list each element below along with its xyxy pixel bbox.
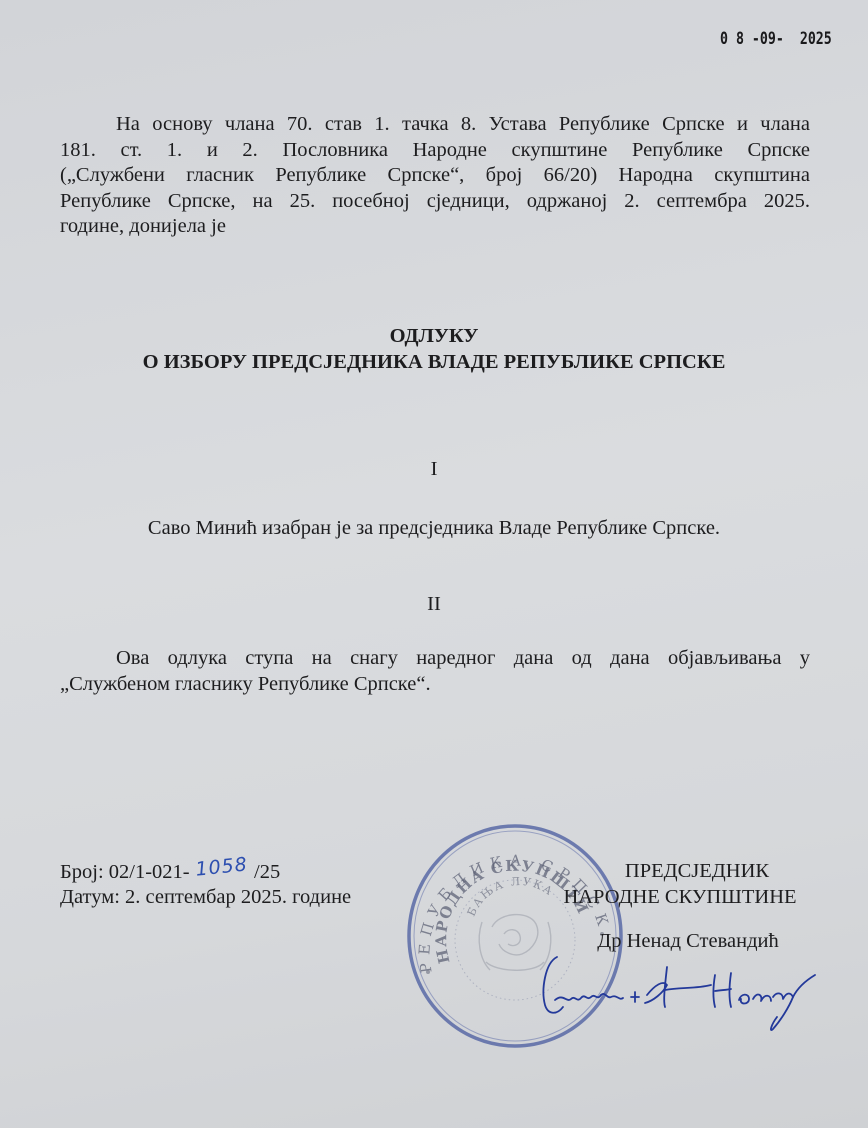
section-number-1: I (0, 458, 868, 481)
signatory-block: ПРЕДСЈЕДНИК НАРОДНЕ СКУПШТИНЕ Др Ненад С… (545, 858, 815, 954)
reference-number: Број: 02/1-021-1058/25 (60, 860, 351, 885)
signatory-title-2: НАРОДНЕ СКУПШТИНЕ (545, 884, 815, 910)
section-2-line: „Службеном гласнику Републике Српске“. (60, 671, 810, 697)
document-page: 0 8 -09- 2025 На основу члана 70. став 1… (0, 0, 868, 1128)
title-line-2: О ИЗБОРУ ПРЕДСЈЕДНИКА ВЛАДЕ РЕПУБЛИКЕ СР… (0, 349, 868, 375)
handwritten-number: 1058 (194, 852, 249, 882)
signatory-title-1: ПРЕДСЈЕДНИК (545, 858, 815, 884)
preamble-line: године, донијела је (60, 214, 810, 240)
reference-suffix: /25 (254, 861, 280, 883)
received-date-stamp: 0 8 -09- 2025 (720, 29, 832, 49)
title-line-1: ОДЛУКУ (0, 323, 868, 349)
section-1-text: Саво Минић изабран је за предсједника Вл… (0, 517, 868, 540)
preamble-line: На основу члана 70. став 1. тачка 8. Уст… (60, 112, 810, 138)
preamble-line: Републике Српске, на 25. посебној сједни… (60, 189, 810, 215)
document-date: Датум: 2. септембар 2025. године (60, 885, 351, 910)
preamble-line: 181. ст. 1. и 2. Пословника Народне скуп… (60, 138, 810, 164)
preamble-paragraph: На основу члана 70. став 1. тачка 8. Уст… (60, 112, 810, 240)
decision-title: ОДЛУКУ О ИЗБОРУ ПРЕДСЈЕДНИКА ВЛАДЕ РЕПУБ… (0, 323, 868, 375)
reference-prefix: Број: 02/1-021- (60, 861, 190, 883)
section-number-2: II (0, 593, 868, 616)
preamble-line: („Службени гласник Републике Српске“, бр… (60, 163, 810, 189)
document-reference: Број: 02/1-021-1058/25 Датум: 2. септемб… (60, 860, 351, 910)
section-2-line: Ова одлука ступа на снагу наредног дана … (60, 645, 810, 671)
section-2-text: Ова одлука ступа на снагу наредног дана … (60, 645, 810, 697)
handwritten-signature-icon (535, 945, 825, 1035)
